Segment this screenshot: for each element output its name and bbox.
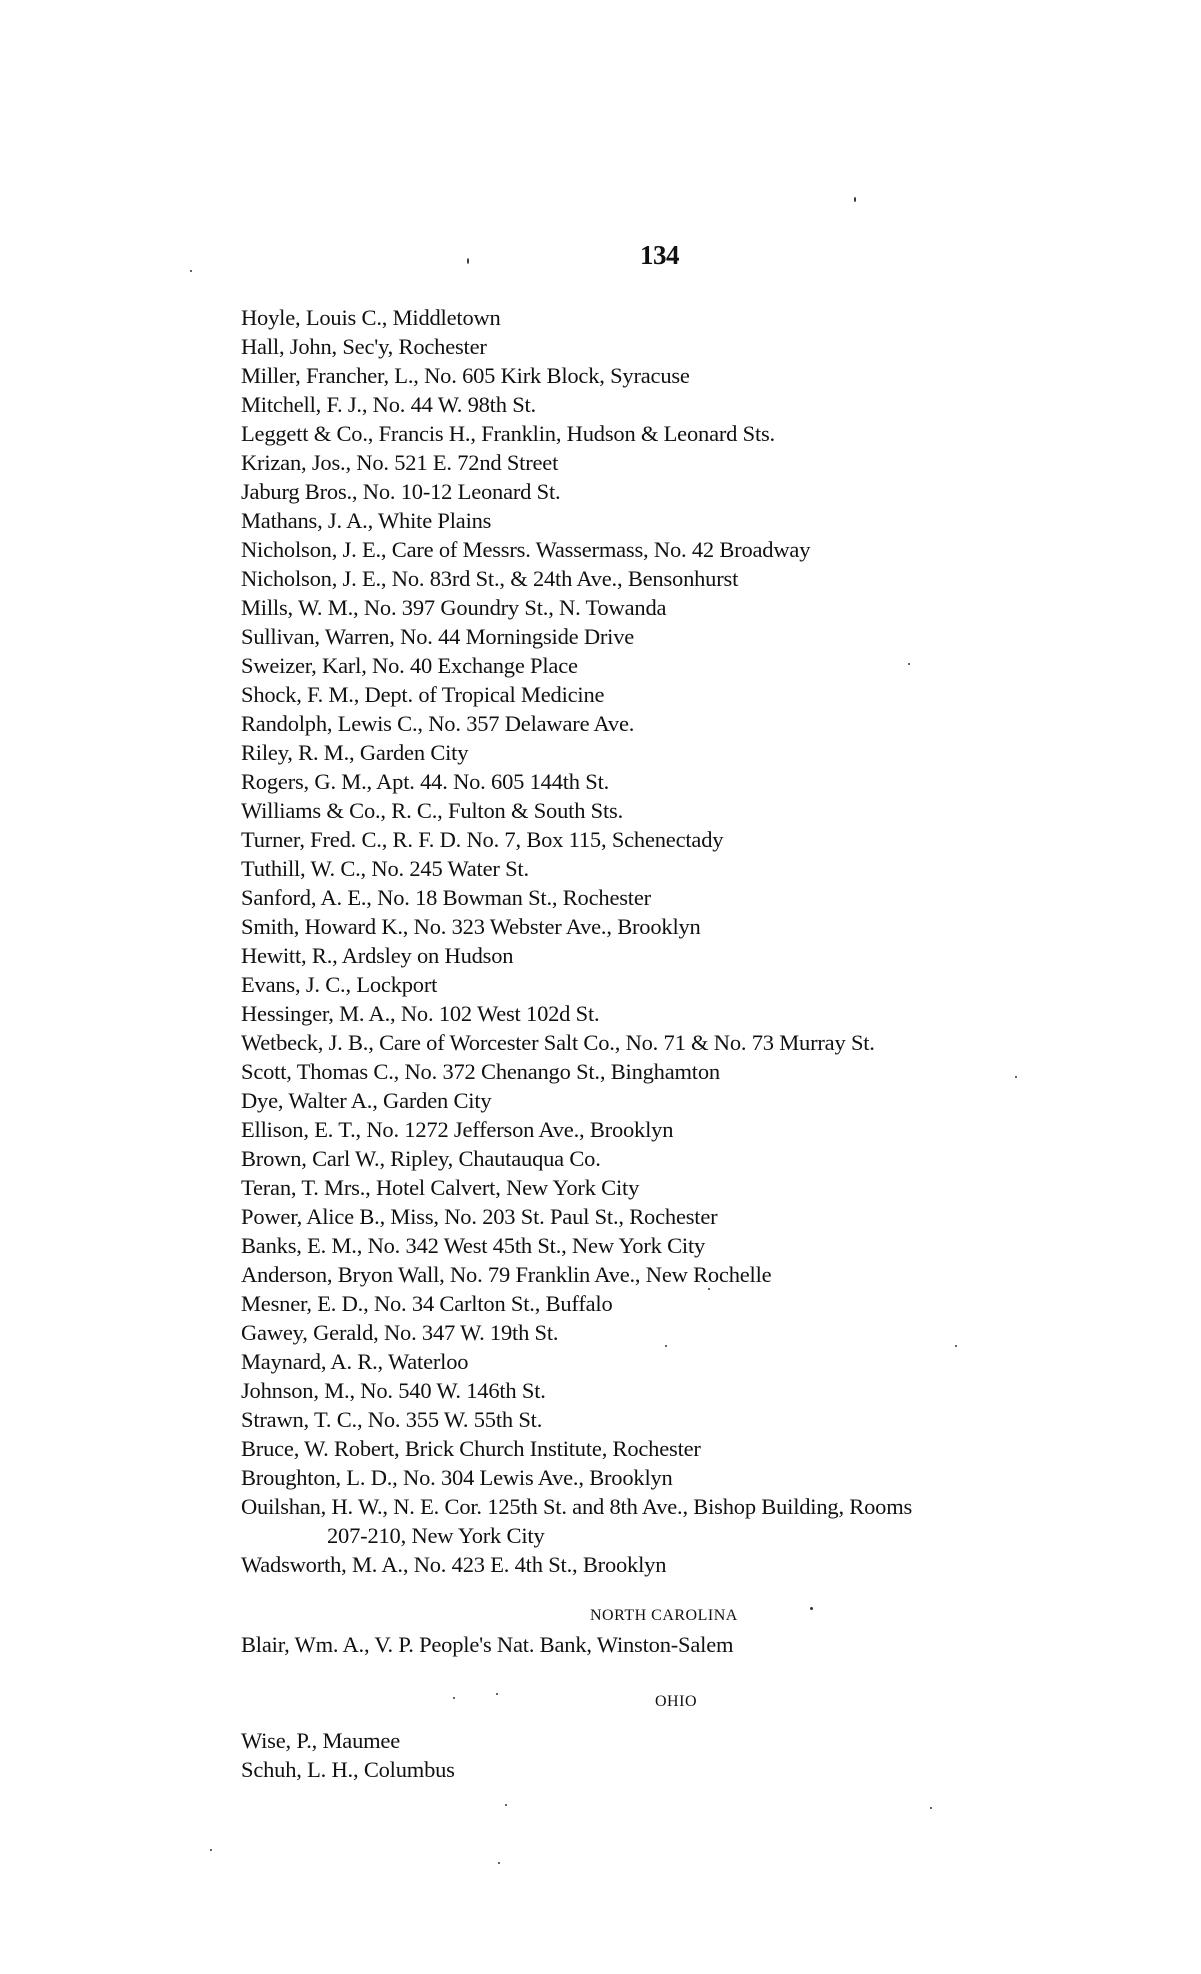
list-item: Ellison, E. T., No. 1272 Jefferson Ave.,…: [241, 1115, 1141, 1144]
list-item: Nicholson, J. E., No. 83rd St., & 24th A…: [241, 564, 1141, 593]
list-item: Strawn, T. C., No. 355 W. 55th St.: [241, 1405, 1141, 1434]
scan-speck: [665, 1345, 667, 1347]
list-item: Maynard, A. R., Waterloo: [241, 1347, 1141, 1376]
list-item: Turner, Fred. C., R. F. D. No. 7, Box 11…: [241, 825, 1141, 854]
directory-list: Hoyle, Louis C., Middletown Hall, John, …: [241, 303, 1141, 1784]
list-item: Scott, Thomas C., No. 372 Chenango St., …: [241, 1057, 1141, 1086]
list-item: Mathans, J. A., White Plains: [241, 506, 1141, 535]
list-item: Sanford, A. E., No. 18 Bowman St., Roche…: [241, 883, 1141, 912]
list-item: Hessinger, M. A., No. 102 West 102d St.: [241, 999, 1141, 1028]
list-item: Mesner, E. D., No. 34 Carlton St., Buffa…: [241, 1289, 1141, 1318]
list-item: Johnson, M., No. 540 W. 146th St.: [241, 1376, 1141, 1405]
list-item: Shock, F. M., Dept. of Tropical Medicine: [241, 680, 1141, 709]
list-item: Mills, W. M., No. 397 Goundry St., N. To…: [241, 593, 1141, 622]
list-item: Schuh, L. H., Columbus: [241, 1755, 1141, 1784]
section-heading-ohio: OHIO: [241, 1687, 1141, 1716]
list-item: Krizan, Jos., No. 521 E. 72nd Street: [241, 448, 1141, 477]
page-number: 134: [640, 240, 679, 271]
list-item: Wise, P., Maumee: [241, 1726, 1141, 1755]
section-heading-north-carolina: NORTH CAROLINA: [241, 1601, 1141, 1630]
list-item: Hewitt, R., Ardsley on Hudson: [241, 941, 1141, 970]
list-item: Evans, J. C., Lockport: [241, 970, 1141, 999]
list-item: Miller, Francher, L., No. 605 Kirk Block…: [241, 361, 1141, 390]
scan-speck: [498, 1862, 500, 1864]
list-item: Blair, Wm. A., V. P. People's Nat. Bank,…: [241, 1630, 1141, 1659]
wrapped-entry-line-2: 207-210, New York City: [241, 1521, 1141, 1550]
list-item: Hall, John, Sec'y, Rochester: [241, 332, 1141, 361]
list-item: Smith, Howard K., No. 323 Webster Ave., …: [241, 912, 1141, 941]
scan-speck: [1015, 1076, 1017, 1078]
list-item: Bruce, W. Robert, Brick Church Institute…: [241, 1434, 1141, 1463]
scan-speck: [708, 1288, 710, 1290]
list-item: Broughton, L. D., No. 304 Lewis Ave., Br…: [241, 1463, 1141, 1492]
list-item: Sullivan, Warren, No. 44 Morningside Dri…: [241, 622, 1141, 651]
list-item: Randolph, Lewis C., No. 357 Delaware Ave…: [241, 709, 1141, 738]
scan-speck: [467, 258, 469, 264]
scan-speck: [854, 197, 856, 202]
wrapped-entry-line-1: Ouilshan, H. W., N. E. Cor. 125th St. an…: [241, 1494, 912, 1519]
scan-speck: [190, 270, 192, 272]
list-item: Power, Alice B., Miss, No. 203 St. Paul …: [241, 1202, 1141, 1231]
scan-speck: [908, 663, 910, 665]
list-item: Wetbeck, J. B., Care of Worcester Salt C…: [241, 1028, 1141, 1057]
list-item: Tuthill, W. C., No. 245 Water St.: [241, 854, 1141, 883]
list-item: Mitchell, F. J., No. 44 W. 98th St.: [241, 390, 1141, 419]
scan-speck: [505, 1804, 507, 1806]
list-item: Sweizer, Karl, No. 40 Exchange Place: [241, 651, 1141, 680]
list-item: Dye, Walter A., Garden City: [241, 1086, 1141, 1115]
list-item: Brown, Carl W., Ripley, Chautauqua Co.: [241, 1144, 1141, 1173]
scan-speck: [496, 1693, 498, 1695]
scan-speck: [955, 1345, 957, 1347]
scan-speck: [810, 1607, 813, 1610]
scan-speck: [930, 1807, 932, 1809]
list-item: Gawey, Gerald, No. 347 W. 19th St.: [241, 1318, 1141, 1347]
list-item: Leggett & Co., Francis H., Franklin, Hud…: [241, 419, 1141, 448]
list-item: Anderson, Bryon Wall, No. 79 Franklin Av…: [241, 1260, 1141, 1289]
scan-speck: [453, 1697, 455, 1699]
list-item: Hoyle, Louis C., Middletown: [241, 303, 1141, 332]
list-item: Riley, R. M., Garden City: [241, 738, 1141, 767]
list-item: Williams & Co., R. C., Fulton & South St…: [241, 796, 1141, 825]
list-item: Banks, E. M., No. 342 West 45th St., New…: [241, 1231, 1141, 1260]
list-item: Rogers, G. M., Apt. 44. No. 605 144th St…: [241, 767, 1141, 796]
list-item: Jaburg Bros., No. 10-12 Leonard St.: [241, 477, 1141, 506]
list-item: Wadsworth, M. A., No. 423 E. 4th St., Br…: [241, 1550, 1141, 1579]
scan-speck: [210, 1849, 212, 1851]
list-item: Teran, T. Mrs., Hotel Calvert, New York …: [241, 1173, 1141, 1202]
list-item: Nicholson, J. E., Care of Messrs. Wasser…: [241, 535, 1141, 564]
list-item-wrapped: Ouilshan, H. W., N. E. Cor. 125th St. an…: [241, 1492, 1141, 1550]
